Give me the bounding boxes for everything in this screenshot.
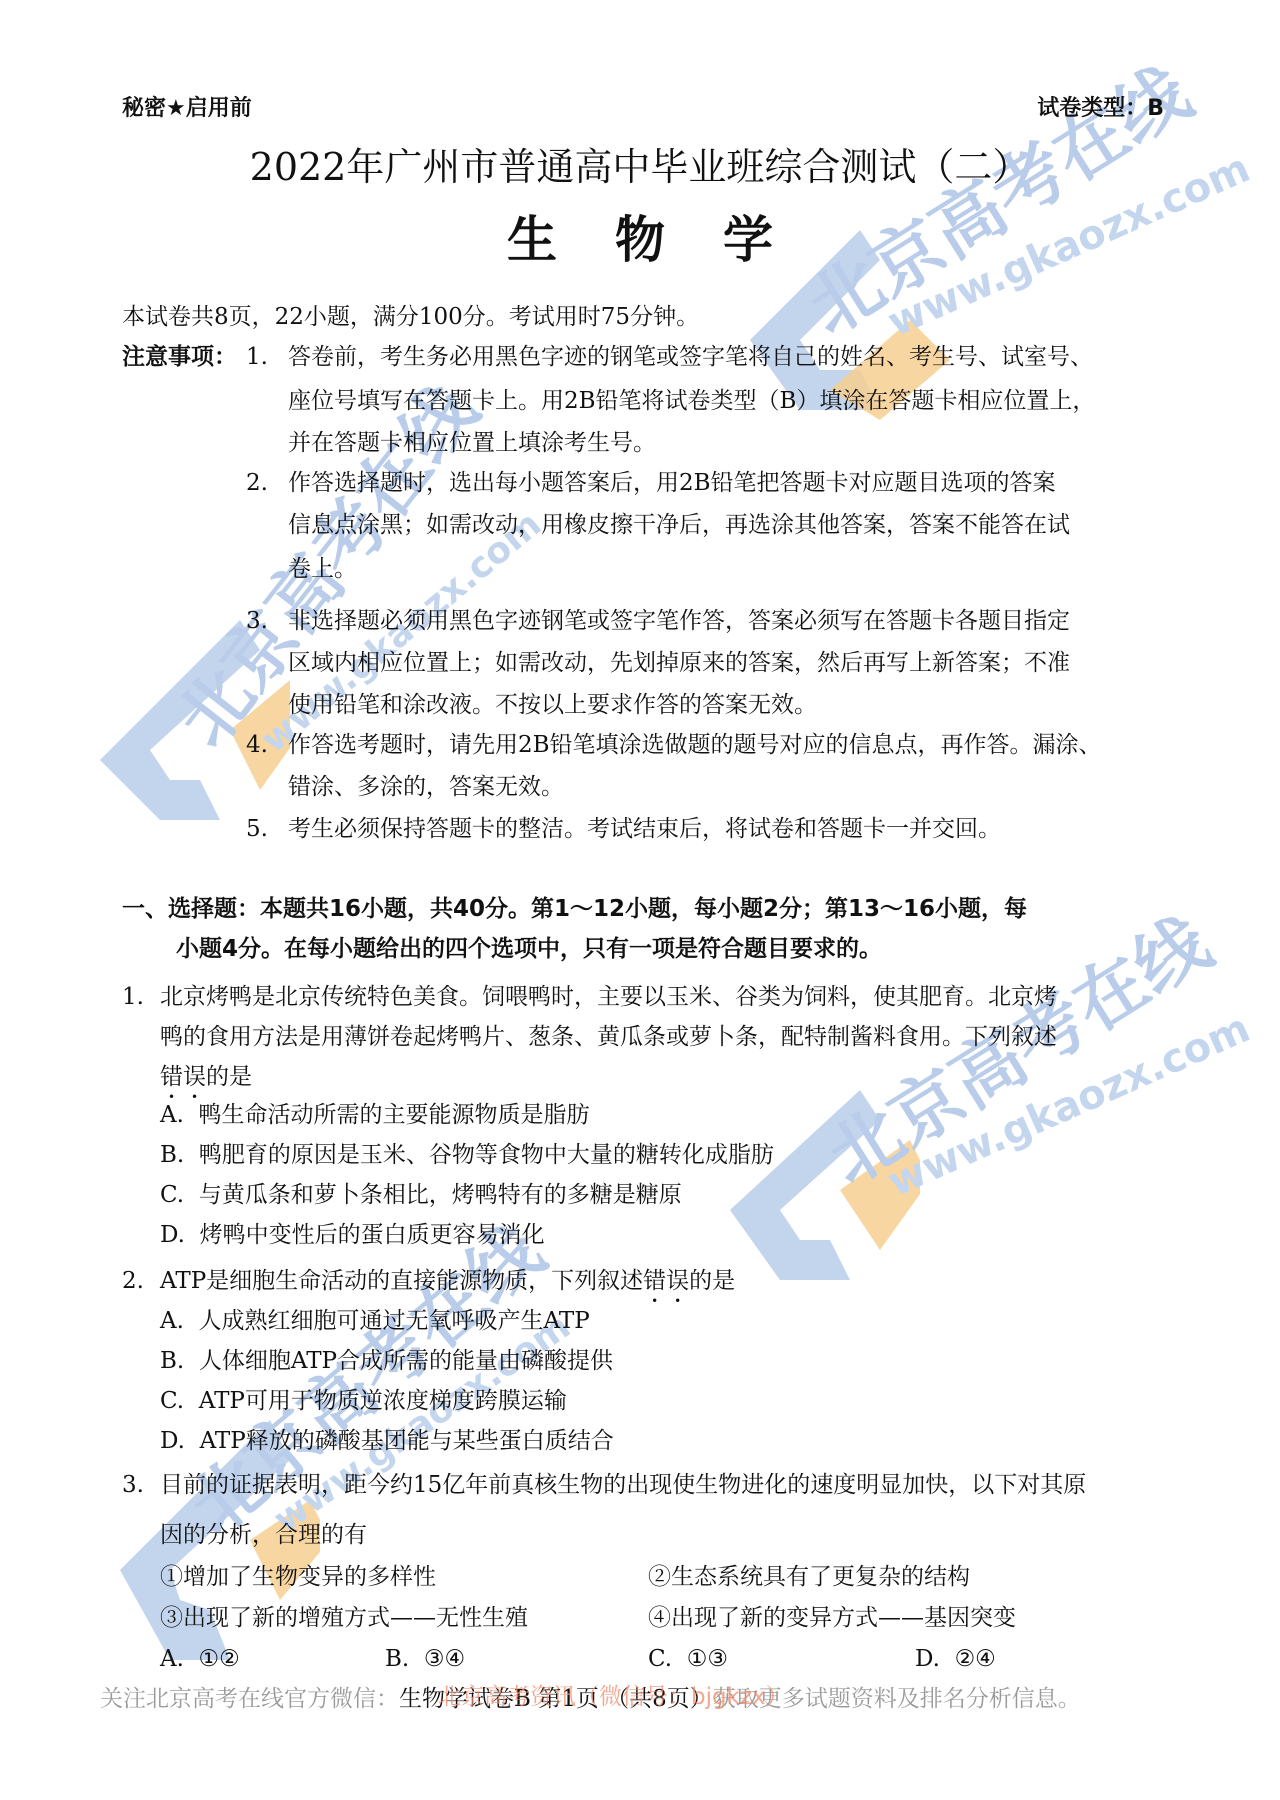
option-text: 与黄瓜条和萝卜条相比，烤鸭特有的多糖是糖原	[199, 1182, 682, 1208]
notice-line: 信息点涂黑；如需改动，用橡皮擦干净后，再选涂其他答案，答案不能答在试	[288, 510, 1070, 540]
statement-3: ③出现了新的增殖方式——无性生殖	[160, 1603, 528, 1633]
question-stem: 北京烤鸭是北京传统特色美食。饲喂鸭时，主要以玉米、谷类为饲料，使其肥育。北京烤	[160, 982, 1057, 1012]
notice-num-4: 4.	[246, 730, 268, 760]
option-label: A.	[160, 1646, 184, 1672]
option-label: A.	[160, 1308, 184, 1334]
option-c: C. ATP可用于物质逆浓度梯度跨膜运输	[160, 1386, 567, 1416]
notice-num-2: 2.	[246, 468, 268, 498]
notice-num-5: 5.	[246, 814, 268, 844]
option-label: C.	[160, 1388, 184, 1414]
confidential-label: 秘密★启用前	[122, 94, 252, 124]
option-text: ③④	[424, 1646, 465, 1672]
emphasized-word: 错误	[643, 1268, 689, 1294]
option-label: B.	[385, 1646, 409, 1672]
section-heading: 小题4分。在每小题给出的四个选项中，只有一项是符合题目要求的。	[176, 934, 882, 964]
notice-line: 座位号填写在答题卡上。用2B铅笔将试卷类型（B）填涂在答题卡相应位置上，	[288, 386, 1095, 416]
option-d: D. ②④	[915, 1644, 996, 1674]
notice-line: 使用铅笔和涂改液。不按以上要求作答的答案无效。	[288, 690, 817, 720]
statement-2: ②生态系统具有了更复杂的结构	[648, 1562, 970, 1592]
option-text: 人体细胞ATP合成所需的能量由磷酸提供	[199, 1348, 613, 1374]
watermark-brand: 北京高考在线	[785, 37, 1206, 354]
question-number-3: 3.	[122, 1470, 144, 1500]
option-text: ATP可用于物质逆浓度梯度跨膜运输	[199, 1388, 567, 1414]
watermark-logo-icon	[90, 620, 290, 824]
option-label: B.	[160, 1348, 184, 1374]
option-label: C.	[160, 1182, 184, 1208]
notice-line: 作答选择题时，选出每小题答案后，用2B铅笔把答题卡对应题目选项的答案	[288, 468, 1056, 498]
question-number-2: 2.	[122, 1266, 144, 1296]
option-b: B. 人体细胞ATP合成所需的能量由磷酸提供	[160, 1346, 613, 1376]
question-stem: 因的分析，合理的有	[160, 1520, 367, 1550]
exam-title: 2022年广州市普通高中毕业班综合测试（二）	[0, 145, 1280, 189]
option-b: B. ③④	[385, 1644, 465, 1674]
question-stem: 目前的证据表明，距今约15亿年前真核生物的出现使生物进化的速度明显加快，以下对其…	[160, 1470, 1086, 1500]
stem-tail: 的是	[206, 1064, 252, 1090]
statement-4: ④出现了新的变异方式——基因突变	[648, 1603, 1016, 1633]
option-text: 烤鸭中变性后的蛋白质更容易消化	[200, 1222, 545, 1248]
notice-label: 注意事项：	[122, 342, 237, 372]
subject-title: 生物学	[0, 212, 1280, 268]
notice-line: 卷上。	[288, 554, 357, 584]
option-text: 鸭生命活动所需的主要能源物质是脂肪	[199, 1102, 590, 1128]
footer-promo-left: 关注北京高考在线官方微信：	[100, 1686, 399, 1712]
option-c: C. ①③	[648, 1644, 728, 1674]
footer-overlay-watermark: 北京高考资讯（微信号：bjgkzx）	[438, 1678, 789, 1711]
statement-1: ①增加了生物变异的多样性	[160, 1562, 436, 1592]
option-label: B.	[160, 1142, 184, 1168]
option-text: ①③	[687, 1646, 728, 1672]
paper-type-label: 试卷类型：B	[1037, 94, 1164, 124]
question-number-1: 1.	[122, 982, 144, 1012]
option-a: A. 鸭生命活动所需的主要能源物质是脂肪	[160, 1100, 590, 1130]
option-label: A.	[160, 1102, 184, 1128]
option-a: A. ①②	[160, 1644, 240, 1674]
stem-tail: 的是	[689, 1268, 735, 1294]
stem-head: ATP是细胞生命活动的直接能源物质，下列叙述	[160, 1268, 643, 1294]
option-label: D.	[160, 1428, 185, 1454]
option-text: ①②	[199, 1646, 240, 1672]
notice-line: 错涂、多涂的，答案无效。	[288, 772, 564, 802]
option-text: ②④	[955, 1646, 996, 1672]
question-stem: ATP是细胞生命活动的直接能源物质，下列叙述错误的是	[160, 1266, 735, 1308]
option-label: D.	[160, 1222, 185, 1248]
option-d: D. 烤鸭中变性后的蛋白质更容易消化	[160, 1220, 545, 1250]
notice-line: 并在答题卡相应位置上填涂考生号。	[288, 428, 656, 458]
notice-num-1: 1.	[246, 342, 268, 372]
option-d: D. ATP释放的磷酸基团能与某些蛋白质结合	[160, 1426, 614, 1456]
option-label: D.	[915, 1646, 940, 1672]
notice-num-3: 3.	[246, 606, 268, 636]
emphasized-word: 错误	[160, 1064, 206, 1090]
notice-line: 非选择题必须用黑色字迹钢笔或签字笔作答，答案必须写在答题卡各题目指定	[288, 606, 1070, 636]
notice-line: 作答选考题时，请先用2B铅笔填涂选做题的题号对应的信息点，再作答。漏涂、	[288, 730, 1102, 760]
option-c: C. 与黄瓜条和萝卜条相比，烤鸭特有的多糖是糖原	[160, 1180, 682, 1210]
watermark-url: www.gkaozx.com	[266, 1306, 577, 1541]
option-a: A. 人成熟红细胞可通过无氧呼吸产生ATP	[160, 1306, 590, 1336]
option-text: ATP释放的磷酸基团能与某些蛋白质结合	[200, 1428, 614, 1454]
option-label: C.	[648, 1646, 672, 1672]
question-stem: 错误的是	[160, 1062, 252, 1104]
notice-line: 答卷前，考生务必用黑色字迹的钢笔或签字笔将自己的姓名、考生号、试室号、	[288, 342, 1093, 372]
notice-line: 考生必须保持答题卡的整洁。考试结束后，将试卷和答题卡一并交回。	[288, 814, 1001, 844]
exam-intro: 本试卷共8页，22小题，满分100分。考试用时75分钟。	[122, 302, 699, 332]
section-heading: 一、选择题：本题共16小题，共40分。第1～12小题，每小题2分；第13～16小…	[122, 894, 1027, 924]
option-b: B. 鸭肥育的原因是玉米、谷物等食物中大量的糖转化成脂肪	[160, 1140, 774, 1170]
option-text: 人成熟红细胞可通过无氧呼吸产生ATP	[199, 1308, 590, 1334]
notice-line: 区域内相应位置上；如需改动，先划掉原来的答案，然后再写上新答案；不准	[288, 648, 1070, 678]
question-stem: 鸭的食用方法是用薄饼卷起烤鸭片、葱条、黄瓜条或萝卜条，配特制酱料食用。下列叙述	[160, 1022, 1057, 1052]
option-text: 鸭肥育的原因是玉米、谷物等食物中大量的糖转化成脂肪	[199, 1142, 774, 1168]
